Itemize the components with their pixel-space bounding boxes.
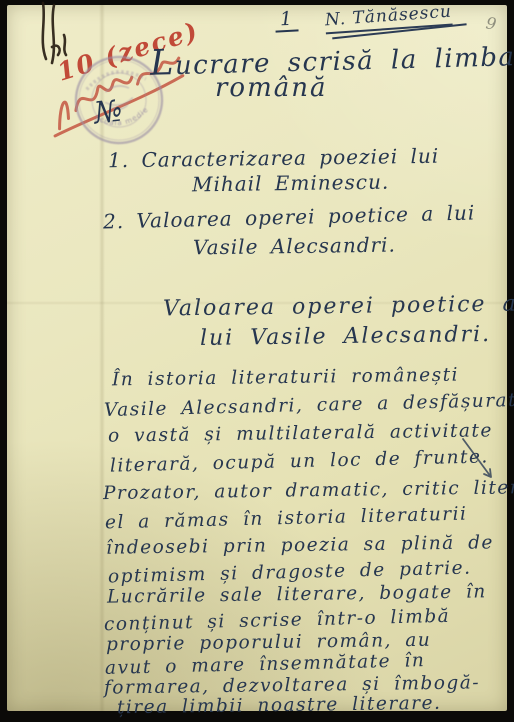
pencil-page-mark: 9 <box>485 13 498 33</box>
essay-p1-line: o vastă și multilaterală activitate <box>108 421 493 447</box>
topic-2-number: 2. <box>103 209 125 234</box>
essay-heading-line-1: Valoarea operei poetice a <box>163 293 514 322</box>
scanned-exam-page: 1 N. Tănăsescu 9 10 (zece) Șco <box>0 0 514 722</box>
essay-p1-line: În istoria literaturii românești <box>112 366 459 391</box>
essay-p1-line: Prozator, autor dramatic, critic literar… <box>103 478 514 505</box>
essay-heading-line-2: lui Vasile Alecsandri. <box>200 323 491 351</box>
title-line-2: română <box>215 74 327 103</box>
paper-sheet: 1 N. Tănăsescu 9 10 (zece) Șco <box>7 5 507 711</box>
essay-p2-line: Lucrările sale literare, bogate în <box>107 582 487 608</box>
numero-mark: № <box>92 95 122 131</box>
essay-p2-line: țirea limbii noastre literare. <box>117 694 442 719</box>
ink-smear <box>459 437 499 485</box>
page-number: 1 <box>274 8 298 32</box>
topic-1-line-2: Mihail Eminescu. <box>192 171 390 196</box>
essay-p1-line: Vasile Alecsandri, care a desfășurat <box>104 391 514 421</box>
topic-1-number: 1. <box>108 148 129 172</box>
topic-2-line-2: Vasile Alecsandri. <box>193 234 396 259</box>
topic-1-text: Caracterizarea poeziei lui <box>141 144 439 172</box>
essay-p1-line: îndeosebi prin poezia sa plină de <box>106 533 494 559</box>
topic-2-line-1: 2. Valoarea operei poetice a lui <box>103 201 476 232</box>
essay-p1-line: el a rămas în istoria literaturii <box>105 505 468 534</box>
essay-p1-line: literară, ocupă un loc de frunte. <box>110 447 489 477</box>
topic-2-text: Valoarea operei poetice a lui <box>136 200 475 232</box>
title-line-1: Lucrare scrisă la limba <box>150 35 514 83</box>
examiner-signature: N. Tănăsescu <box>324 3 452 35</box>
topic-1-line-1: 1. Caracterizarea poeziei lui <box>108 145 439 172</box>
